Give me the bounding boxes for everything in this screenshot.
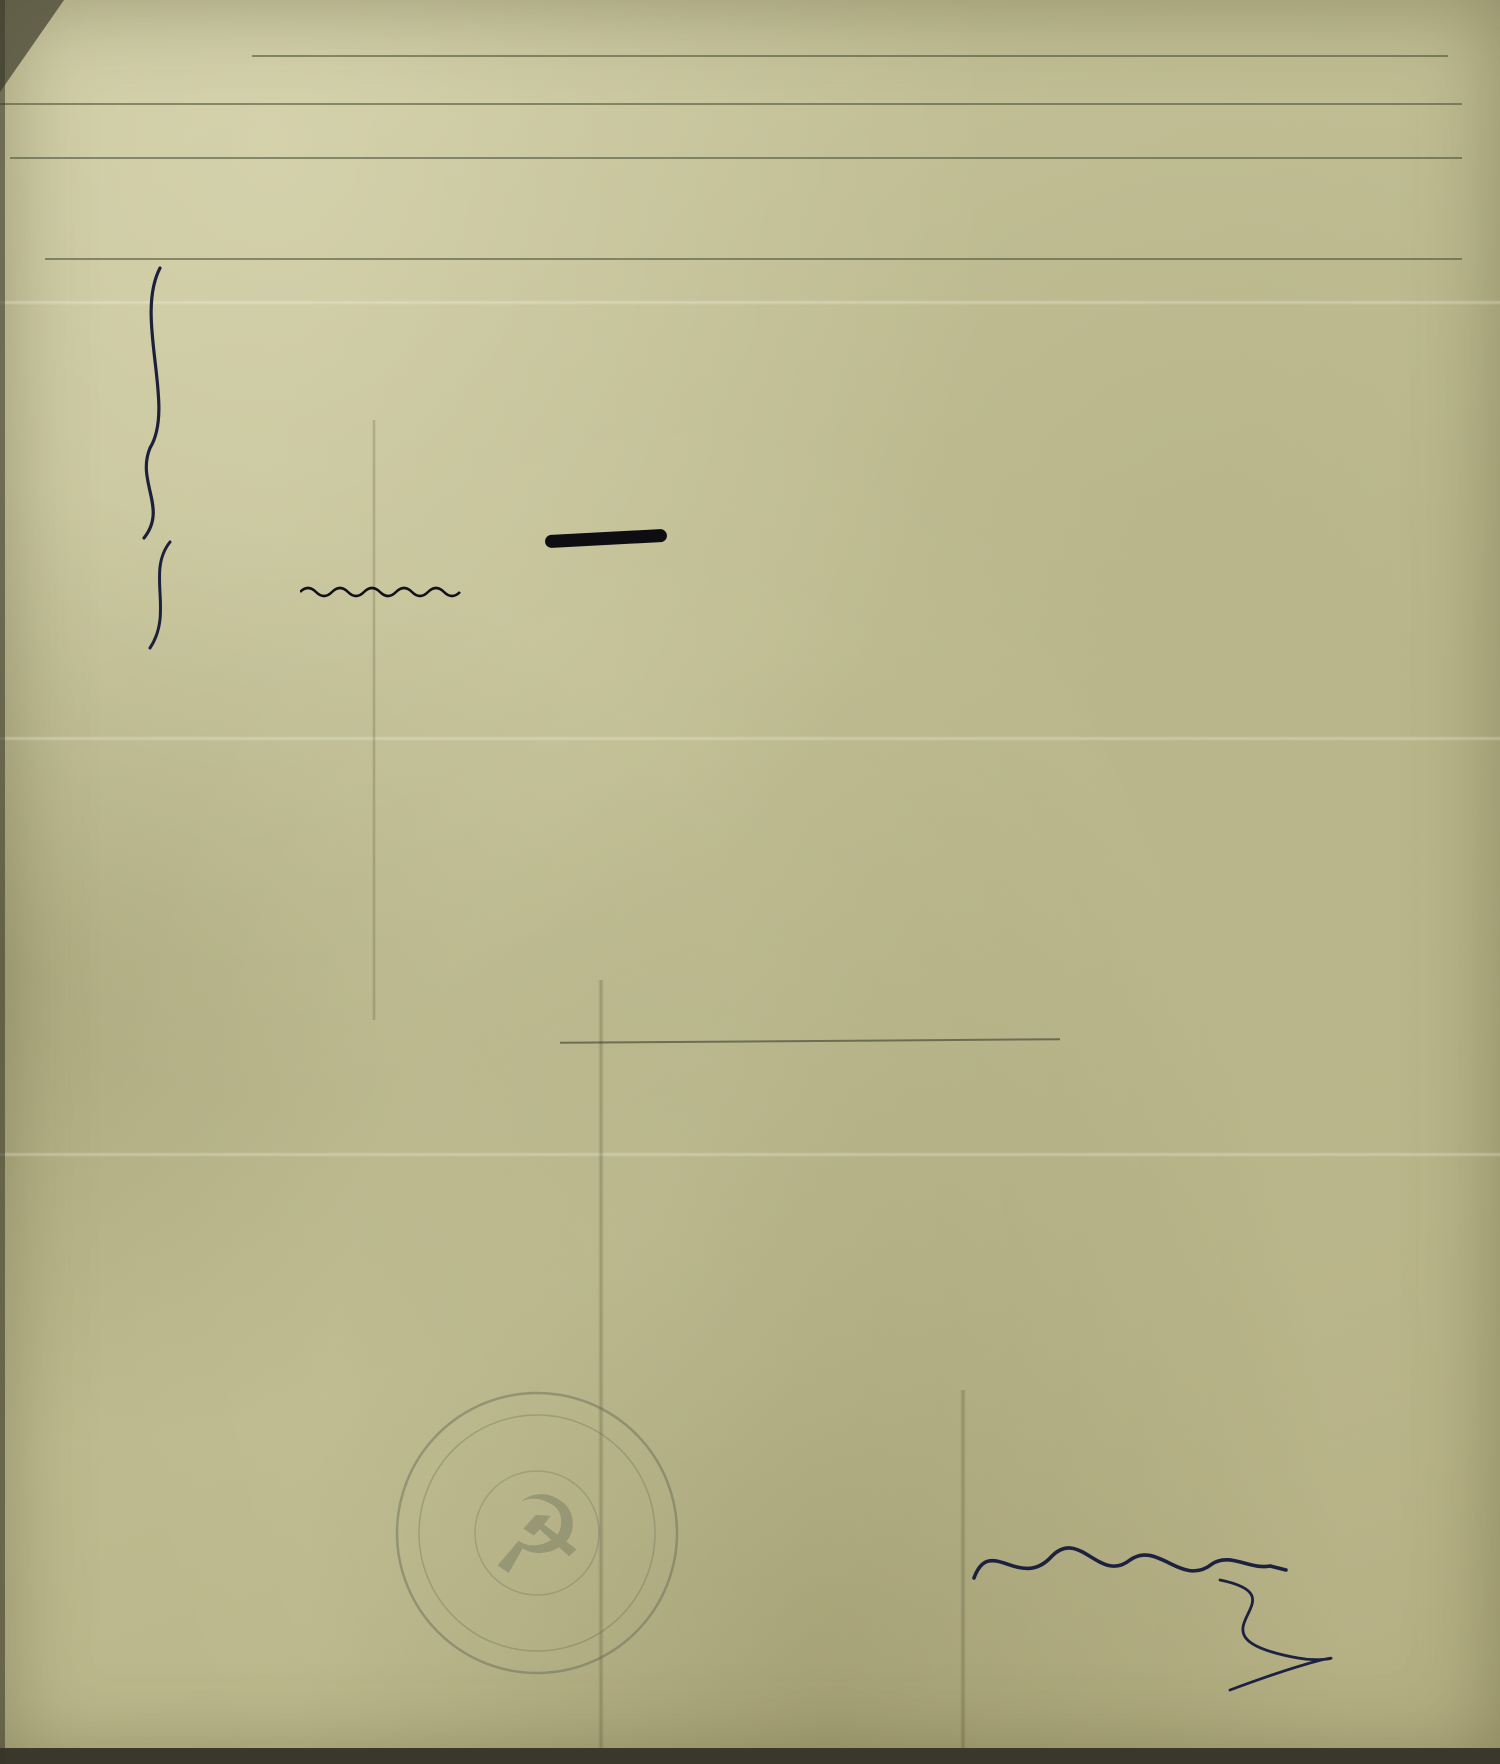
paper-crease [0,300,1500,305]
ink-blot-strikeout [545,529,668,548]
torn-edge [0,1748,1500,1764]
stamp-emblem-glyph: ☭ [489,1474,586,1599]
paper-crease [372,420,376,1020]
table-line [45,258,1462,260]
torn-corner [0,0,64,92]
pencil-strike [560,1038,1060,1043]
paper-crease [0,736,1500,741]
ruled-line [252,55,1448,57]
signature [968,1540,1398,1700]
table-line [10,157,1462,159]
paper-crease [960,1390,966,1764]
torn-edge [0,0,5,1764]
ink-brace [138,540,184,652]
scanned-document-page: ☭ [0,0,1500,1764]
ink-brace [130,266,184,542]
military-commissariat-stamp: ☭ [382,1368,692,1698]
paper-crease [0,1152,1500,1157]
wavy-underline [300,584,470,598]
ruled-line [0,103,1462,105]
